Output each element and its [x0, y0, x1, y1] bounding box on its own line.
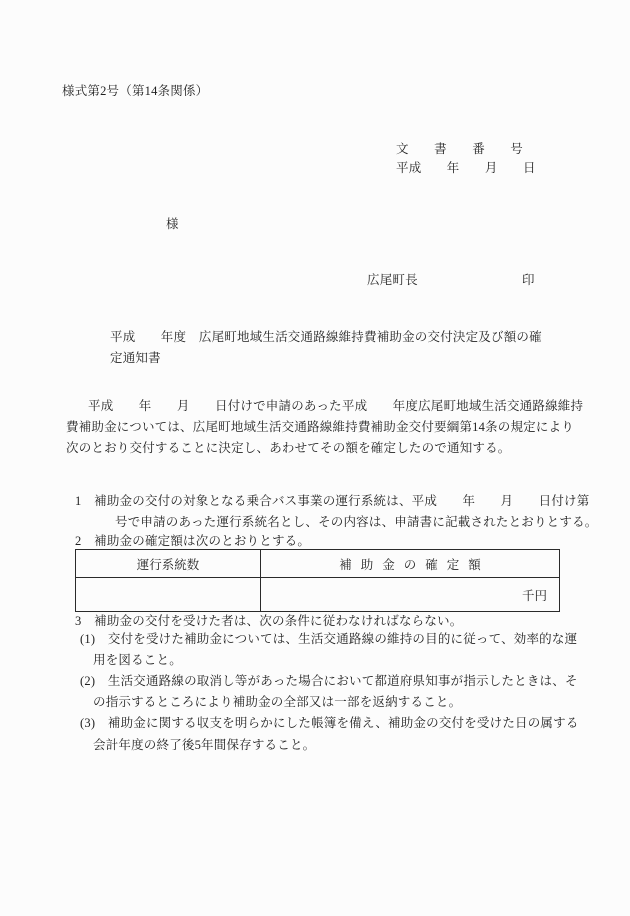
body-paragraph-line3: 次のとおり交付することに決定し、あわせてその額を確定したので通知する。	[66, 440, 511, 457]
issue-date-blank: 平成 年 月 日	[396, 160, 536, 177]
document-page: 様式第2号（第14条関係） 文 書 番 号 平成 年 月 日 様 広尾町長 印 …	[0, 0, 630, 916]
table-cell-route-systems-value	[76, 578, 261, 611]
condition1-line1: (1) 交付を受けた補助金については、生活交通路線の維持の目的に従って、効率的な…	[80, 631, 577, 648]
condition3-line1: (3) 補助金に関する収支を明らかにした帳簿を備え、補助金の交付を受けた日の属す…	[80, 715, 579, 732]
body-paragraph-line2: 費補助金については、広尾町地域生活交通路線維持費補助金交付要綱第14条の規定によ…	[66, 419, 574, 436]
doc-number-blank: 文 書 番 号	[396, 141, 523, 158]
condition1-line2: 用を図ること。	[93, 652, 182, 669]
table-header-determined-amount: 補助金の確定額	[261, 550, 559, 578]
determination-table: 運行系統数 補助金の確定額 千円	[75, 549, 560, 612]
issuer-title: 広尾町長	[367, 272, 418, 289]
condition3-line2: 会計年度の終了後5年間保存すること。	[93, 737, 315, 754]
condition2-line1: (2) 生活交通路線の取消し等があった場合において都道府県知事が指示したときは、…	[80, 673, 578, 690]
subject-title-line2: 定通知書	[110, 350, 161, 367]
addressee-honorific: 様	[166, 216, 179, 233]
item1-line1: 1 補助金の交付の対象となる乗合バス事業の運行系統は、平成 年 月 日付け第	[75, 493, 589, 510]
form-number-label: 様式第2号（第14条関係）	[62, 83, 208, 100]
condition2-line2: の指示するところにより補助金の全部又は一部を返納すること。	[93, 694, 461, 711]
item1-line2: 号で申請のあった運行系統名とし、その内容は、申請書に記載されたとおりとする。	[115, 514, 597, 531]
item2-line1: 2 補助金の確定額は次のとおりとする。	[75, 533, 310, 550]
table-header-route-systems: 運行系統数	[76, 550, 261, 578]
table-cell-amount-unit: 千円	[261, 578, 559, 611]
item3-line1: 3 補助金の交付を受けた者は、次の条件に従わなければならない。	[75, 613, 462, 630]
body-paragraph-line1: 平成 年 月 日付けで申請のあった平成 年度広尾町地域生活交通路線維持	[88, 398, 583, 415]
seal-placeholder: 印	[522, 272, 535, 289]
subject-title-line1: 平成 年度 広尾町地域生活交通路線維持費補助金の交付決定及び額の確	[110, 329, 542, 346]
